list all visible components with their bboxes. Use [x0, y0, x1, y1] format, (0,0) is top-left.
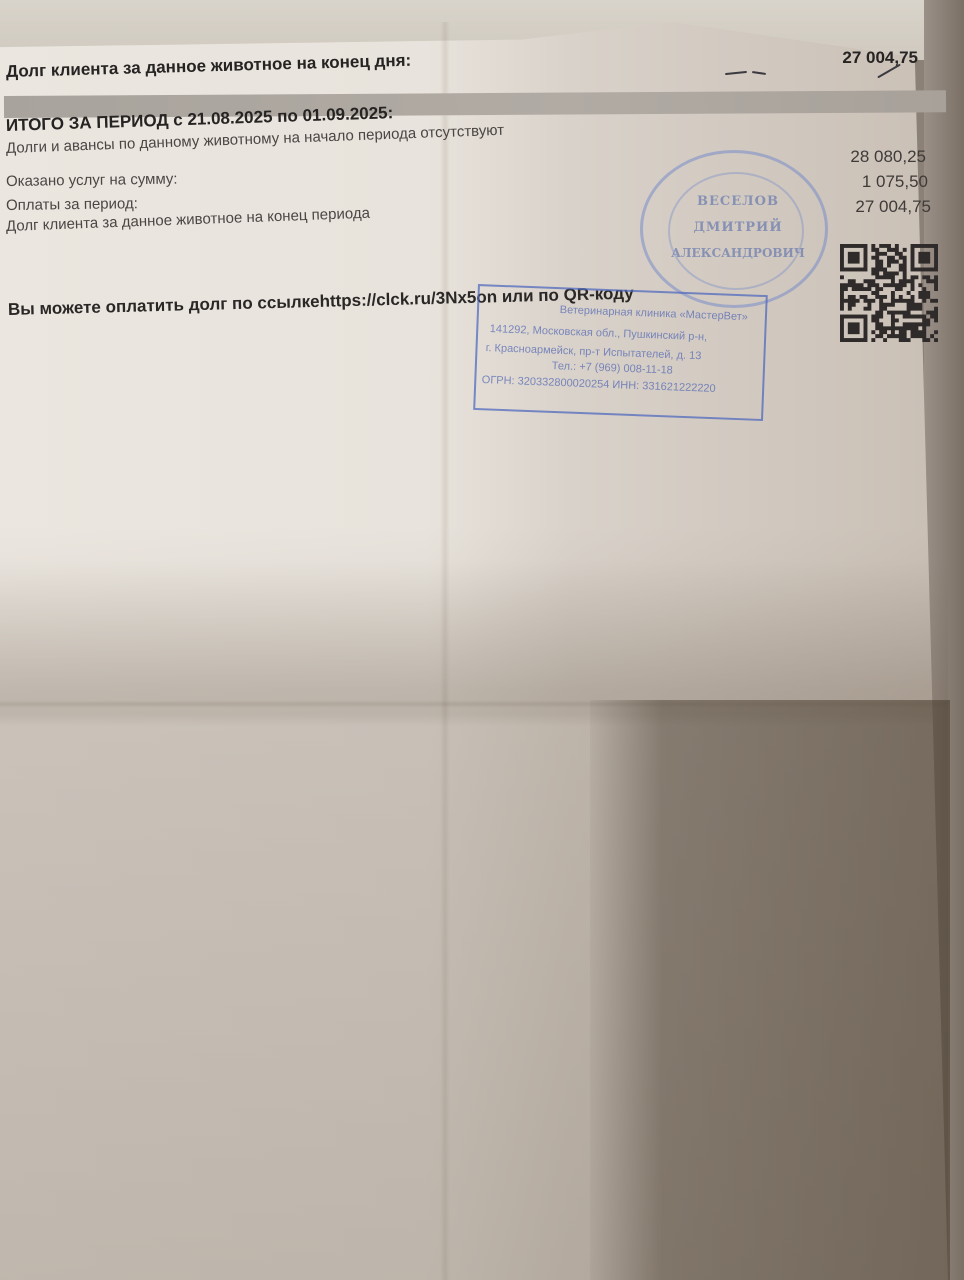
qr-code-icon[interactable]	[837, 244, 941, 342]
summary-row-value: 1 075,50	[862, 172, 928, 192]
paper-fold-vertical	[440, 22, 450, 1280]
paper-fold-horizontal	[0, 700, 948, 708]
summary-row-value: 27 004,75	[855, 197, 931, 217]
paper-shadow-right	[590, 700, 950, 1280]
round-stamp-line: ДМИТРИЙ	[668, 220, 808, 235]
summary-row-value: 28 080,25	[850, 147, 926, 167]
summary-row-label: Оплаты за период:	[6, 195, 138, 214]
round-stamp-line: ВЕСЕЛОВ	[668, 194, 808, 209]
day-debt-value: 27 004,75	[842, 48, 918, 68]
summary-row-label: Оказано услуг на сумму:	[6, 171, 178, 190]
round-stamp-line: АЛЕКСАНДРОВИЧ	[668, 246, 808, 260]
